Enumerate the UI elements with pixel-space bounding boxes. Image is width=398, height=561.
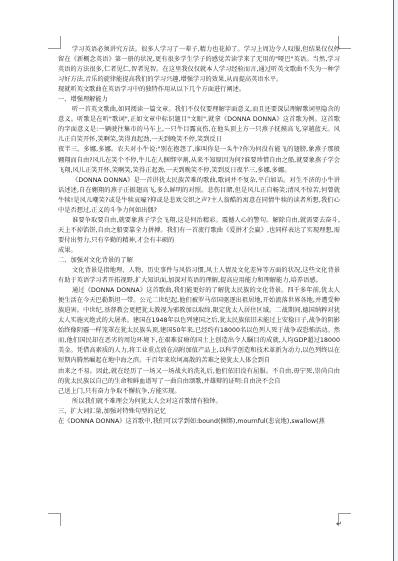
paragraph: 夜半三。多娜,多娜。农夫对小牛说:"别在抱怨了,谁叫你是一头牛?你为何没有能飞的… (58, 145, 340, 175)
paragraph: 文化背景是指地理、人物、历史事件与风俗习惯,风土人情及文化差异等方面的状况,这些… (58, 266, 340, 286)
paragraph: 《DONNA DONNA》是一首讲犹太民族苦难的歌曲,歌词并不复杂,平白如话。对… (58, 176, 340, 216)
section-heading-1: 一、增强理解能力 (58, 95, 340, 105)
section-heading-3: 三、扩大词汇量,加强对特殊句型的记忆 (58, 407, 340, 417)
paragraph: 听一首英文歌曲,如同阅读一篇文章。我们不仅仅要理解字面意义,而且还要深层理解歌词… (58, 105, 340, 145)
paragraph: 由来之不易。因此,就在经历了一场又一场战火的洗礼后,他们依旧没有屈服。不自由,毋… (58, 367, 340, 387)
paragraph: 所以我们就不难理会为何犹太人会对这首歌情有独钟。 (58, 397, 340, 407)
paragraph: 谁要争取要自由,就要象燕子学会飞翔,这是何治精彩。震撼人心的警句。解除自由,就需… (58, 216, 340, 246)
document-body[interactable]: 学习英语必须讲究方法。很多人学习了一辈子,精力也花掉了。学习上周边令人叹服,但结… (58, 45, 340, 427)
corner-crop-mark-bottom-left (48, 513, 61, 526)
paragraph-overview: 现就听英文歌曲在英语学习中的独特作用从以下几个方面进行阐述。 (58, 85, 340, 95)
paragraph-mark-icon: ↵ (336, 520, 342, 528)
paragraph-intro: 学习英语必须讲究方法。很多人学习了一辈子,精力也花掉了。学习上周边令人叹服,但结… (58, 45, 340, 85)
paragraph: 成果。 (58, 246, 340, 256)
section-heading-2: 二、加强对文化背景的了解 (58, 256, 340, 266)
paragraph: 通过《DONNA DONNA》这首歌曲,我们能更好的了解犹太民族的文化背景。四千… (58, 286, 340, 366)
document-page[interactable]: 学习英语必须讲究方法。很多人学习了一辈子,精力也花掉了。学习上周边令人叹服,但结… (0, 0, 394, 561)
paragraph: 己送上门,只有奋力争取不懈抗争,方能实现。 (58, 387, 340, 397)
window-right-edge (393, 0, 398, 561)
paragraph: 在《DONNA DONNA》这首歌中,我们可以学到如:bound(捆绑),mou… (58, 417, 340, 427)
